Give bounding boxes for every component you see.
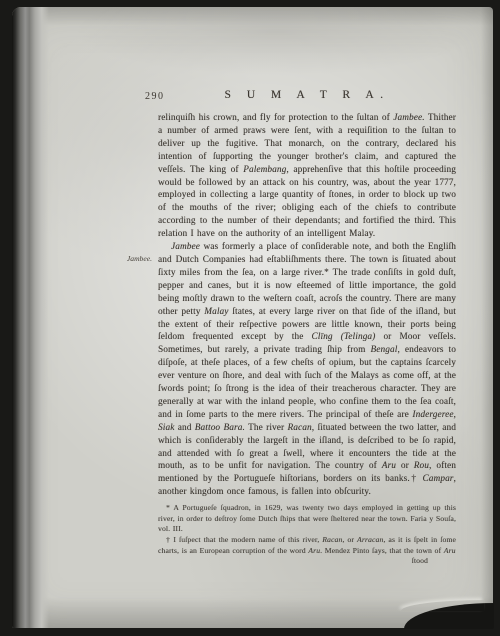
page-number: 290 [145,91,165,102]
footnote-2: † I ſuſpect that the modern name of this… [158,535,456,556]
paragraph-2: Jambee was formerly a place of conſidera… [158,240,456,498]
margin-note: Jambee. [100,254,152,263]
catchword: ſtood [158,556,456,567]
running-title: S U M A T R A. [158,89,456,101]
footnotes: * A Portugueſe ſquadron, in 1629, was tw… [158,503,456,567]
book-page: 290 S U M A T R A. Jambee. relinquiſh hi… [12,7,493,628]
page-spine-edge [12,7,49,628]
page-header: 290 S U M A T R A. [158,89,456,101]
paragraph-1: relinquiſh his crown, and fly for protec… [158,111,456,240]
page-corner-curl [404,603,494,629]
footnote-1: * A Portugueſe ſquadron, in 1629, was tw… [158,503,456,535]
scanned-book-page: 290 S U M A T R A. Jambee. relinquiſh hi… [0,0,500,636]
text-block: relinquiſh his crown, and fly for protec… [158,111,456,567]
